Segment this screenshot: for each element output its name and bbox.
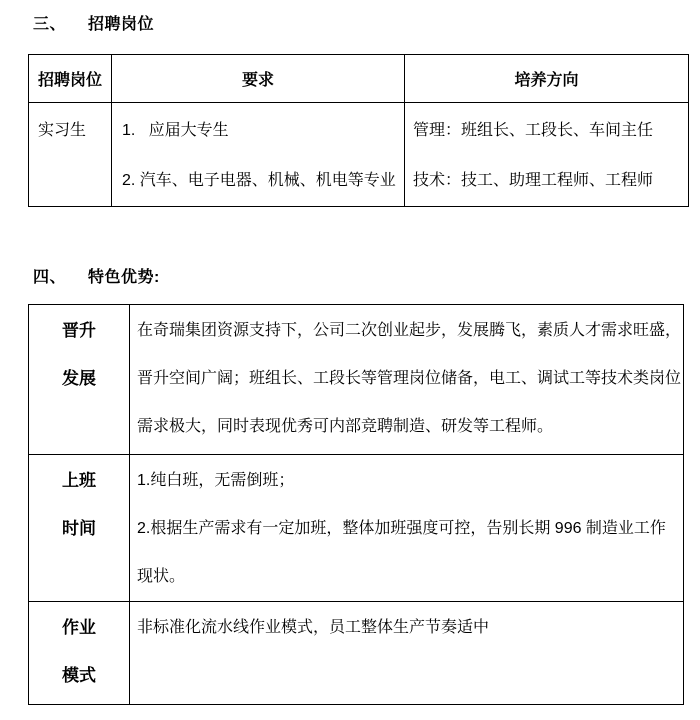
section-advantages-heading: 四、特色优势:: [33, 267, 700, 289]
advantage-label: 晋升 发展: [29, 305, 130, 455]
section-advantages-number: 四、: [33, 267, 88, 289]
advantage-paragraph: 1.纯白班，无需倒班；: [137, 457, 681, 505]
advantage-row-promotion: 晋升 发展 在奇瑞集团资源支持下，公司二次创业起步，发展腾飞，素质人才需求旺盛，…: [29, 305, 684, 455]
recruitment-header-row: 招聘岗位 要求 培养方向: [29, 55, 689, 103]
advantage-label-line: 上班: [29, 457, 129, 505]
advantage-paragraph: 在奇瑞集团资源支持下，公司二次创业起步，发展腾飞，素质人才需求旺盛，晋升空间广阔…: [137, 307, 681, 451]
advantage-content: 非标准化流水线作业模式，员工整体生产节奏适中: [130, 602, 684, 705]
requirement-item: 2. 汽车、电子电器、机械、机电等专业: [122, 156, 402, 206]
direction-item: 管理：班组长、工段长、车间主任: [413, 106, 686, 156]
header-training-direction: 培养方向: [405, 55, 689, 103]
advantage-content: 1.纯白班，无需倒班； 2.根据生产需求有一定加班，整体加班强度可控，告别长期 …: [130, 455, 684, 602]
advantage-label-line: 晋升: [29, 307, 129, 355]
advantage-content: 在奇瑞集团资源支持下，公司二次创业起步，发展腾飞，素质人才需求旺盛，晋升空间广阔…: [130, 305, 684, 455]
advantage-label-line: 发展: [29, 355, 129, 403]
cell-training-direction: 管理：班组长、工段长、车间主任 技术：技工、助理工程师、工程师: [405, 103, 689, 207]
requirement-item: 1. 应届大专生: [122, 106, 402, 156]
section-recruitment-number: 三、: [33, 14, 88, 36]
advantage-label-line: 时间: [29, 505, 129, 553]
section-recruitment-heading: 三、招聘岗位: [33, 14, 700, 36]
recruitment-table: 招聘岗位 要求 培养方向 实习生 1. 应届大专生 2. 汽车、电子电器、机械、…: [28, 54, 689, 207]
header-requirements: 要求: [112, 55, 405, 103]
document-page: 三、招聘岗位 招聘岗位 要求 培养方向 实习生 1. 应届大专生 2. 汽车、电…: [0, 0, 700, 720]
recruitment-data-row: 实习生 1. 应届大专生 2. 汽车、电子电器、机械、机电等专业 管理：班组长、…: [29, 103, 689, 207]
advantage-label: 作业 模式: [29, 602, 130, 705]
position-text: 实习生: [38, 106, 109, 156]
advantages-table: 晋升 发展 在奇瑞集团资源支持下，公司二次创业起步，发展腾飞，素质人才需求旺盛，…: [28, 304, 684, 705]
advantage-label-line: 模式: [29, 652, 129, 700]
advantage-paragraph: 非标准化流水线作业模式，员工整体生产节奏适中: [137, 604, 681, 652]
cell-requirements: 1. 应届大专生 2. 汽车、电子电器、机械、机电等专业: [112, 103, 405, 207]
advantage-row-work-mode: 作业 模式 非标准化流水线作业模式，员工整体生产节奏适中: [29, 602, 684, 705]
cell-position: 实习生: [29, 103, 112, 207]
section-advantages-title: 特色优势:: [88, 269, 160, 286]
direction-item: 技术：技工、助理工程师、工程师: [413, 156, 686, 206]
section-recruitment-title: 招聘岗位: [88, 16, 154, 33]
advantage-label-line: 作业: [29, 604, 129, 652]
advantage-paragraph: 2.根据生产需求有一定加班，整体加班强度可控，告别长期 996 制造业工作现状。: [137, 505, 681, 601]
advantage-row-work-hours: 上班 时间 1.纯白班，无需倒班； 2.根据生产需求有一定加班，整体加班强度可控…: [29, 455, 684, 602]
header-position: 招聘岗位: [29, 55, 112, 103]
advantage-label: 上班 时间: [29, 455, 130, 602]
